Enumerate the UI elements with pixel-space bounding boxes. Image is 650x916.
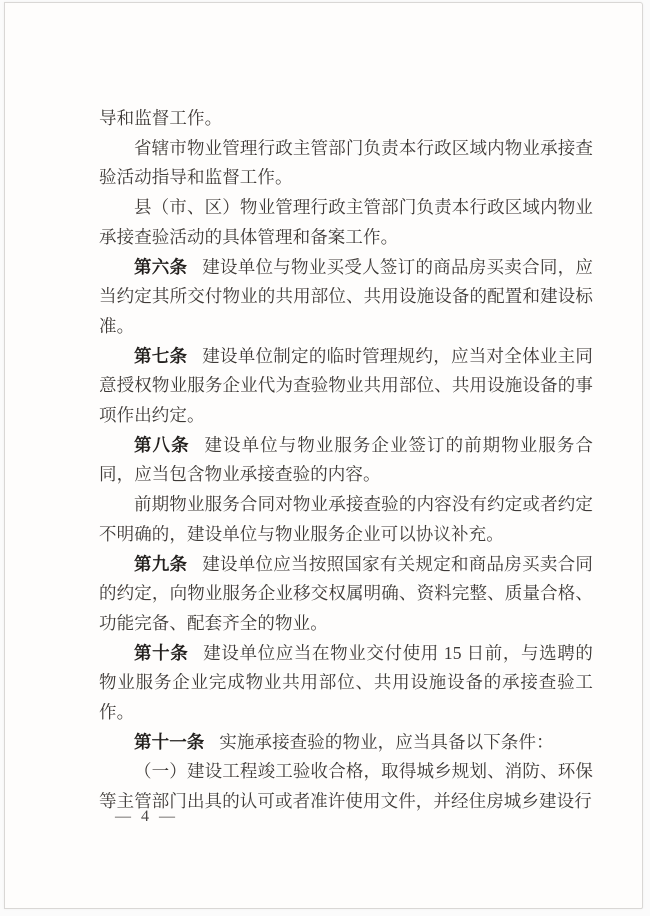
paragraph-text: 县（市、区）物业管理行政主管部门负责本行政区域内物业承接查验活动的具体管理和备案… [99,197,593,247]
page-number: — 4 — [115,808,178,826]
paragraph-text: （一）建设工程竣工验收合格，取得城乡规划、消防、环保等主管部门出具的认可或者准许… [99,761,593,811]
paragraph-text: 实施承接查验的物业，应当具备以下条件： [219,732,553,752]
article-number: 第八条 [134,435,190,455]
article-paragraph: 第七条建设单位制定的临时管理规约，应当对全体业主同意授权物业服务企业代为查验物业… [99,342,593,431]
paragraph-text: 前期物业服务合同对物业承接查验的内容没有约定或者约定不明确的，建设单位与物业服务… [99,494,593,544]
document-page: 导和监督工作。省辖市物业管理行政主管部门负责本行政区域内物业承接查验活动指导和监… [4,2,643,909]
article-paragraph: 第十一条实施承接查验的物业，应当具备以下条件： [99,728,593,758]
document-body: 导和监督工作。省辖市物业管理行政主管部门负责本行政区域内物业承接查验活动指导和监… [99,104,593,817]
paragraph: 县（市、区）物业管理行政主管部门负责本行政区域内物业承接查验活动的具体管理和备案… [99,193,593,252]
article-paragraph: 第十条建设单位应当在物业交付使用 15 日前，与选聘的物业服务企业完成物业共用部… [99,639,593,728]
article-number: 第六条 [134,257,187,277]
paragraph: 前期物业服务合同对物业承接查验的内容没有约定或者约定不明确的，建设单位与物业服务… [99,490,593,549]
paragraph-text: 导和监督工作。 [99,108,222,128]
article-number: 第九条 [134,554,187,574]
article-paragraph: 第九条建设单位应当按照国家有关规定和商品房买卖合同的约定，向物业服务企业移交权属… [99,550,593,639]
article-number: 第七条 [134,346,187,366]
paragraph: 省辖市物业管理行政主管部门负责本行政区域内物业承接查验活动指导和监督工作。 [99,134,593,193]
article-number: 第十条 [134,643,188,663]
article-paragraph: 第六条建设单位与物业买受人签订的商品房买卖合同，应当约定其所交付物业的共用部位、… [99,253,593,342]
article-number: 第十一条 [134,732,204,752]
paragraph: 导和监督工作。 [99,104,593,134]
paragraph-text: 省辖市物业管理行政主管部门负责本行政区域内物业承接查验活动指导和监督工作。 [99,138,593,188]
article-paragraph: 第八条建设单位与物业服务企业签订的前期物业服务合同，应当包含物业承接查验的内容。 [99,431,593,490]
